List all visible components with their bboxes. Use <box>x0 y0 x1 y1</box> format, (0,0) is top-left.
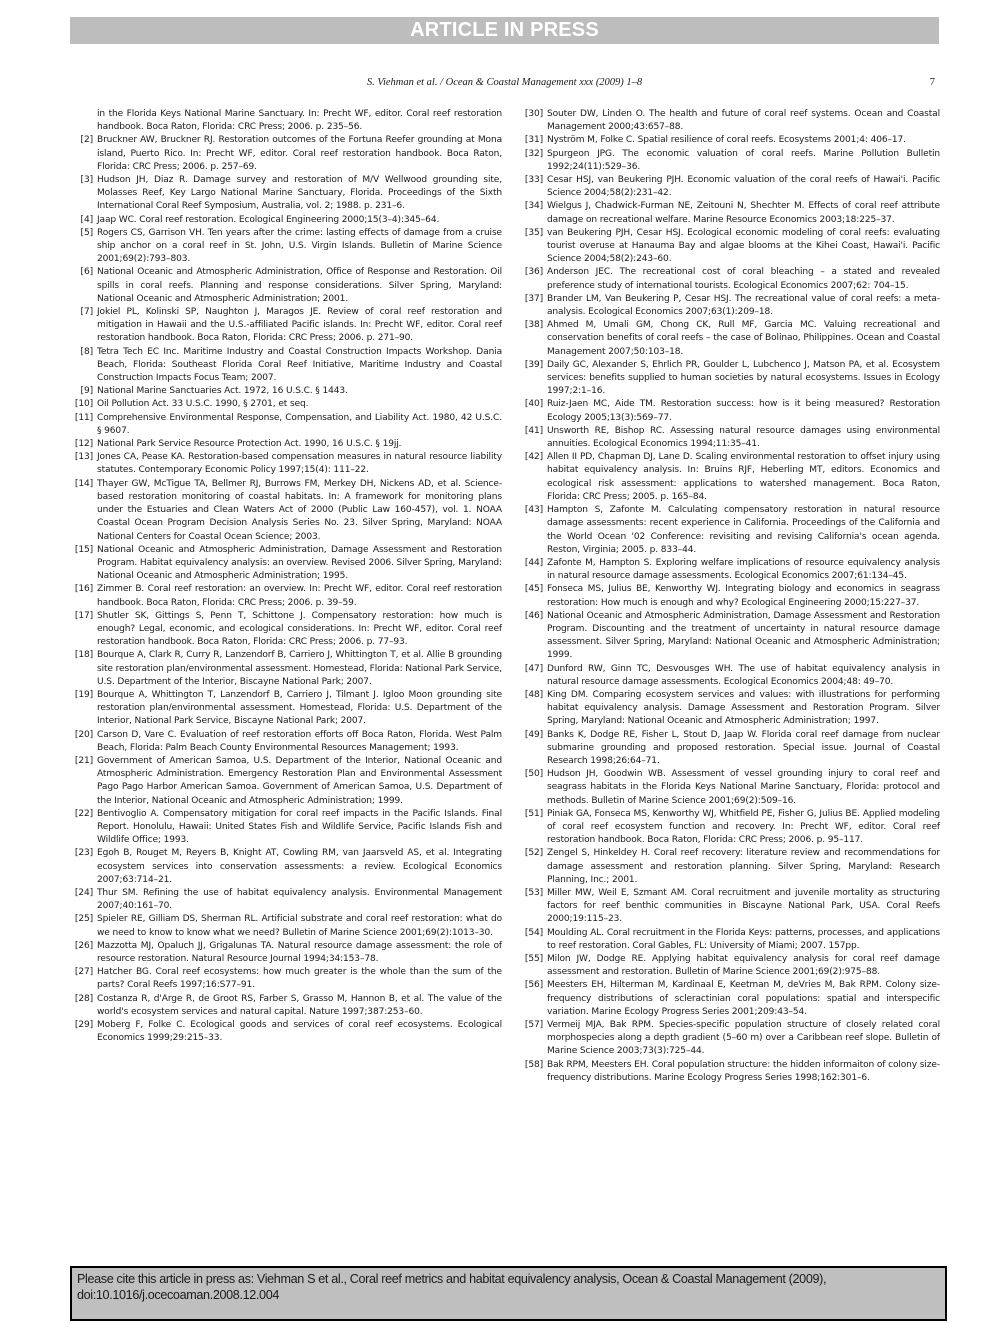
reference-entry: [17]Shutler SK, Gittings S, Penn T, Schi… <box>62 610 502 650</box>
reference-entry: [49]Banks K, Dodge RE, Fisher L, Stout D… <box>512 729 940 769</box>
reference-text: Meesters EH, Hilterman M, Kardinaal E, K… <box>547 979 940 1019</box>
reference-number: [31] <box>512 134 543 147</box>
reference-text: Egoh B, Rouget M, Reyers B, Knight AT, C… <box>97 847 502 887</box>
reference-number: [45] <box>512 583 543 596</box>
reference-entry: [44]Zafonte M, Hampton S. Exploring welf… <box>512 557 940 583</box>
reference-text: Nyström M, Folke C. Spatial resilience o… <box>547 134 940 147</box>
reference-text: Allen II PD, Chapman DJ, Lane D. Scaling… <box>547 451 940 504</box>
reference-entry: [4]Jaap WC. Coral reef restoration. Ecol… <box>62 214 502 227</box>
reference-entry: [14]Thayer GW, McTigue TA, Bellmer RJ, B… <box>62 478 502 544</box>
reference-text: Piniak GA, Fonseca MS, Kenworthy WJ, Whi… <box>547 808 940 848</box>
reference-number: [44] <box>512 557 543 570</box>
reference-text: National Oceanic and Atmospheric Adminis… <box>97 266 502 306</box>
reference-number: [25] <box>62 913 93 926</box>
citation-notice-text: Please cite this article in press as: Vi… <box>77 1272 826 1286</box>
reference-number: [5] <box>62 227 93 240</box>
reference-number: [52] <box>512 847 543 860</box>
reference-entry: [26]Mazzotta MJ, Opaluch JJ, Grigalunas … <box>62 940 502 966</box>
reference-number: [6] <box>62 266 93 279</box>
reference-number: [23] <box>62 847 93 860</box>
reference-text: Wielgus J, Chadwick-Furman NE, Zeitouni … <box>547 200 940 226</box>
reference-number: [4] <box>62 214 93 227</box>
reference-number: [27] <box>62 966 93 979</box>
reference-text: Hatcher BG. Coral reef ecosystems: how m… <box>97 966 502 992</box>
reference-text: Moulding AL. Coral recruitment in the Fl… <box>547 927 940 953</box>
reference-number: [49] <box>512 729 543 742</box>
reference-text: Carson D, Vare C. Evaluation of reef res… <box>97 729 502 755</box>
reference-text: in the Florida Keys National Marine Sanc… <box>97 108 502 134</box>
reference-entry: [46]National Oceanic and Atmospheric Adm… <box>512 610 940 663</box>
reference-number: [36] <box>512 266 543 279</box>
reference-number: [8] <box>62 346 93 359</box>
running-head: S. Viehman et al. / Ocean & Coastal Mana… <box>70 77 939 93</box>
reference-text: Hampton S, Zafonte M. Calculating compen… <box>547 504 940 557</box>
reference-number: [17] <box>62 610 93 623</box>
reference-entry: [48]King DM. Comparing ecosystem service… <box>512 689 940 729</box>
reference-number: [2] <box>62 134 93 147</box>
reference-text: Unsworth RE, Bishop RC. Assessing natura… <box>547 425 940 451</box>
reference-number: [46] <box>512 610 543 623</box>
reference-text: Miller MW, Weil E, Szmant AM. Coral recr… <box>547 887 940 927</box>
reference-text: Rogers CS, Garrison VH. Ten years after … <box>97 227 502 267</box>
reference-entry: [40]Ruiz-Jaen MC, Aide TM. Restoration s… <box>512 398 940 424</box>
reference-number: [53] <box>512 887 543 900</box>
reference-entry: [11]Comprehensive Environmental Response… <box>62 412 502 438</box>
reference-entry: [18]Bourque A, Clark R, Curry R, Lanzend… <box>62 649 502 689</box>
reference-entry: [54]Moulding AL. Coral recruitment in th… <box>512 927 940 953</box>
reference-number: [3] <box>62 174 93 187</box>
reference-text: Banks K, Dodge RE, Fisher L, Stout D, Ja… <box>547 729 940 769</box>
reference-number: [16] <box>62 583 93 596</box>
reference-text: Souter DW, Linden O. The health and futu… <box>547 108 940 134</box>
reference-text: National Oceanic and Atmospheric Adminis… <box>97 544 502 584</box>
reference-text: National Oceanic and Atmospheric Adminis… <box>547 610 940 663</box>
reference-number: [14] <box>62 478 93 491</box>
reference-entry: [42]Allen II PD, Chapman DJ, Lane D. Sca… <box>512 451 940 504</box>
citation-notice-box: Please cite this article in press as: Vi… <box>70 1266 947 1321</box>
reference-entry: [3]Hudson JH, Diaz R. Damage survey and … <box>62 174 502 214</box>
reference-entry: [8]Tetra Tech EC Inc. Maritime Industry … <box>62 346 502 386</box>
reference-entry: [55]Milon JW, Dodge RE. Applying habitat… <box>512 953 940 979</box>
reference-number: [7] <box>62 306 93 319</box>
reference-number: [19] <box>62 689 93 702</box>
reference-text: Bourque A, Clark R, Curry R, Lanzendorf … <box>97 649 502 689</box>
reference-entry: [36]Anderson JEC. The recreational cost … <box>512 266 940 292</box>
reference-text: Zimmer B. Coral reef restoration: an ove… <box>97 583 502 609</box>
reference-entry: [27]Hatcher BG. Coral reef ecosystems: h… <box>62 966 502 992</box>
running-head-citation: S. Viehman et al. / Ocean & Coastal Mana… <box>70 77 939 88</box>
reference-text: Brander LM, Van Beukering P, Cesar HSJ. … <box>547 293 940 319</box>
reference-text: Hudson JH, Diaz R. Damage survey and res… <box>97 174 502 214</box>
reference-number: [20] <box>62 729 93 742</box>
reference-entry: [24]Thur SM. Refining the use of habitat… <box>62 887 502 913</box>
reference-text: Bentivoglio A. Compensatory mitigation f… <box>97 808 502 848</box>
reference-text: Thayer GW, McTigue TA, Bellmer RJ, Burro… <box>97 478 502 544</box>
reference-text: Cesar HSJ, van Beukering PJH. Economic v… <box>547 174 940 200</box>
article-in-press-banner: ARTICLE IN PRESS <box>70 17 939 44</box>
banner-label: ARTICLE IN PRESS <box>410 19 599 41</box>
page-number: 7 <box>930 77 935 88</box>
reference-number: [22] <box>62 808 93 821</box>
reference-text: Ahmed M, Umali GM, Chong CK, Rull MF, Ga… <box>547 319 940 359</box>
reference-number: [40] <box>512 398 543 411</box>
reference-number: [42] <box>512 451 543 464</box>
reference-entry: [37]Brander LM, Van Beukering P, Cesar H… <box>512 293 940 319</box>
reference-entry: [25]Spieler RE, Gilliam DS, Sherman RL. … <box>62 913 502 939</box>
reference-text: Jaap WC. Coral reef restoration. Ecologi… <box>97 214 502 227</box>
reference-text: Daily GC, Alexander S, Ehrlich PR, Gould… <box>547 359 940 399</box>
reference-number: [32] <box>512 148 543 161</box>
reference-entry: [33]Cesar HSJ, van Beukering PJH. Econom… <box>512 174 940 200</box>
reference-number: [37] <box>512 293 543 306</box>
reference-number: [28] <box>62 993 93 1006</box>
reference-entry: [34]Wielgus J, Chadwick-Furman NE, Zeito… <box>512 200 940 226</box>
reference-number: [48] <box>512 689 543 702</box>
reference-number: [39] <box>512 359 543 372</box>
reference-text: Government of American Samoa, U.S. Depar… <box>97 755 502 808</box>
reference-number: [13] <box>62 451 93 464</box>
reference-number: [41] <box>512 425 543 438</box>
reference-entry: [38]Ahmed M, Umali GM, Chong CK, Rull MF… <box>512 319 940 359</box>
reference-text: Comprehensive Environmental Response, Co… <box>97 412 502 438</box>
reference-text: Spieler RE, Gilliam DS, Sherman RL. Arti… <box>97 913 502 939</box>
reference-text: Vermeij MJA, Bak RPM. Species-specific p… <box>547 1019 940 1059</box>
reference-entry: [56]Meesters EH, Hilterman M, Kardinaal … <box>512 979 940 1019</box>
reference-entry: [23]Egoh B, Rouget M, Reyers B, Knight A… <box>62 847 502 887</box>
reference-text: Mazzotta MJ, Opaluch JJ, Grigalunas TA. … <box>97 940 502 966</box>
reference-number: [29] <box>62 1019 93 1032</box>
reference-text: van Beukering PJH, Cesar HSJ. Ecological… <box>547 227 940 267</box>
reference-entry: [19]Bourque A, Whittington T, Lanzendorf… <box>62 689 502 729</box>
reference-number: [18] <box>62 649 93 662</box>
reference-entry: [13]Jones CA, Pease KA. Restoration-base… <box>62 451 502 477</box>
reference-entry: [28]Costanza R, d'Arge R, de Groot RS, F… <box>62 993 502 1019</box>
reference-text: Ruiz-Jaen MC, Aide TM. Restoration succe… <box>547 398 940 424</box>
reference-number: [56] <box>512 979 543 992</box>
references-right-column: [30]Souter DW, Linden O. The health and … <box>512 108 940 1085</box>
reference-number: [35] <box>512 227 543 240</box>
reference-text: Bak RPM, Meesters EH. Coral population s… <box>547 1059 940 1085</box>
reference-entry: [31]Nyström M, Folke C. Spatial resilien… <box>512 134 940 147</box>
reference-entry: [57]Vermeij MJA, Bak RPM. Species-specif… <box>512 1019 940 1059</box>
reference-number: [26] <box>62 940 93 953</box>
reference-number: [47] <box>512 663 543 676</box>
reference-text: Oil Pollution Act. 33 U.S.C. 1990, § 270… <box>97 398 502 411</box>
reference-number: [57] <box>512 1019 543 1032</box>
reference-entry: [16]Zimmer B. Coral reef restoration: an… <box>62 583 502 609</box>
reference-text: Zafonte M, Hampton S. Exploring welfare … <box>547 557 940 583</box>
reference-entry: [22]Bentivoglio A. Compensatory mitigati… <box>62 808 502 848</box>
reference-number: [9] <box>62 385 93 398</box>
reference-text: Spurgeon JPG. The economic valuation of … <box>547 148 940 174</box>
reference-entry: [9]National Marine Sanctuaries Act. 1972… <box>62 385 502 398</box>
reference-text: Shutler SK, Gittings S, Penn T, Schitton… <box>97 610 502 650</box>
reference-entry: [52]Zengel S, Hinkeldey H. Coral reef re… <box>512 847 940 887</box>
reference-number: [15] <box>62 544 93 557</box>
reference-entry: [7]Jokiel PL, Kolinski SP, Naughton J, M… <box>62 306 502 346</box>
reference-entry: [2]Bruckner AW, Bruckner RJ. Restoration… <box>62 134 502 174</box>
reference-text: National Marine Sanctuaries Act. 1972, 1… <box>97 385 502 398</box>
reference-text: Jokiel PL, Kolinski SP, Naughton J, Mara… <box>97 306 502 346</box>
reference-text: Bourque A, Whittington T, Lanzendorf B, … <box>97 689 502 729</box>
reference-entry: [53]Miller MW, Weil E, Szmant AM. Coral … <box>512 887 940 927</box>
reference-number: [58] <box>512 1059 543 1072</box>
reference-number: [10] <box>62 398 93 411</box>
reference-entry: [47]Dunford RW, Ginn TC, Desvousges WH. … <box>512 663 940 689</box>
reference-entry: [10]Oil Pollution Act. 33 U.S.C. 1990, §… <box>62 398 502 411</box>
reference-entry: [21]Government of American Samoa, U.S. D… <box>62 755 502 808</box>
reference-number: [33] <box>512 174 543 187</box>
reference-text: King DM. Comparing ecosystem services an… <box>547 689 940 729</box>
reference-number: [30] <box>512 108 543 121</box>
reference-text: Moberg F, Folke C. Ecological goods and … <box>97 1019 502 1045</box>
reference-entry: [15]National Oceanic and Atmospheric Adm… <box>62 544 502 584</box>
reference-entry: [35]van Beukering PJH, Cesar HSJ. Ecolog… <box>512 227 940 267</box>
reference-entry: [29]Moberg F, Folke C. Ecological goods … <box>62 1019 502 1045</box>
reference-number: [55] <box>512 953 543 966</box>
reference-number: [24] <box>62 887 93 900</box>
reference-text: Hudson JH, Goodwin WB. Assessment of ves… <box>547 768 940 808</box>
reference-entry: [12]National Park Service Resource Prote… <box>62 438 502 451</box>
reference-number: [54] <box>512 927 543 940</box>
reference-text: Fonseca MS, Julius BE, Kenworthy WJ. Int… <box>547 583 940 609</box>
reference-text: Dunford RW, Ginn TC, Desvousges WH. The … <box>547 663 940 689</box>
reference-text: Bruckner AW, Bruckner RJ. Restoration ou… <box>97 134 502 174</box>
reference-text: Costanza R, d'Arge R, de Groot RS, Farbe… <box>97 993 502 1019</box>
reference-entry: [30]Souter DW, Linden O. The health and … <box>512 108 940 134</box>
reference-text: Tetra Tech EC Inc. Maritime Industry and… <box>97 346 502 386</box>
reference-entry: [50]Hudson JH, Goodwin WB. Assessment of… <box>512 768 940 808</box>
reference-text: Milon JW, Dodge RE. Applying habitat equ… <box>547 953 940 979</box>
reference-entry: [58]Bak RPM, Meesters EH. Coral populati… <box>512 1059 940 1085</box>
reference-text: Jones CA, Pease KA. Restoration-based co… <box>97 451 502 477</box>
reference-number: [51] <box>512 808 543 821</box>
reference-entry: [20]Carson D, Vare C. Evaluation of reef… <box>62 729 502 755</box>
doi-link[interactable]: doi:10.1016/j.ocecoaman.2008.12.004 <box>77 1287 941 1303</box>
reference-entry: [6]National Oceanic and Atmospheric Admi… <box>62 266 502 306</box>
reference-entry: [43]Hampton S, Zafonte M. Calculating co… <box>512 504 940 557</box>
reference-number: [21] <box>62 755 93 768</box>
reference-entry: [41]Unsworth RE, Bishop RC. Assessing na… <box>512 425 940 451</box>
reference-entry: [39]Daily GC, Alexander S, Ehrlich PR, G… <box>512 359 940 399</box>
reference-number: [12] <box>62 438 93 451</box>
reference-text: Thur SM. Refining the use of habitat equ… <box>97 887 502 913</box>
reference-number: [43] <box>512 504 543 517</box>
reference-number: [38] <box>512 319 543 332</box>
reference-entry: [51]Piniak GA, Fonseca MS, Kenworthy WJ,… <box>512 808 940 848</box>
reference-number: [11] <box>62 412 93 425</box>
reference-entry: in the Florida Keys National Marine Sanc… <box>62 108 502 134</box>
reference-entry: [5]Rogers CS, Garrison VH. Ten years aft… <box>62 227 502 267</box>
reference-entry: [45]Fonseca MS, Julius BE, Kenworthy WJ.… <box>512 583 940 609</box>
reference-text: Anderson JEC. The recreational cost of c… <box>547 266 940 292</box>
reference-number: [50] <box>512 768 543 781</box>
reference-text: National Park Service Resource Protectio… <box>97 438 502 451</box>
reference-entry: [32]Spurgeon JPG. The economic valuation… <box>512 148 940 174</box>
reference-text: Zengel S, Hinkeldey H. Coral reef recove… <box>547 847 940 887</box>
reference-number: [34] <box>512 200 543 213</box>
references-left-column: in the Florida Keys National Marine Sanc… <box>62 108 502 1045</box>
